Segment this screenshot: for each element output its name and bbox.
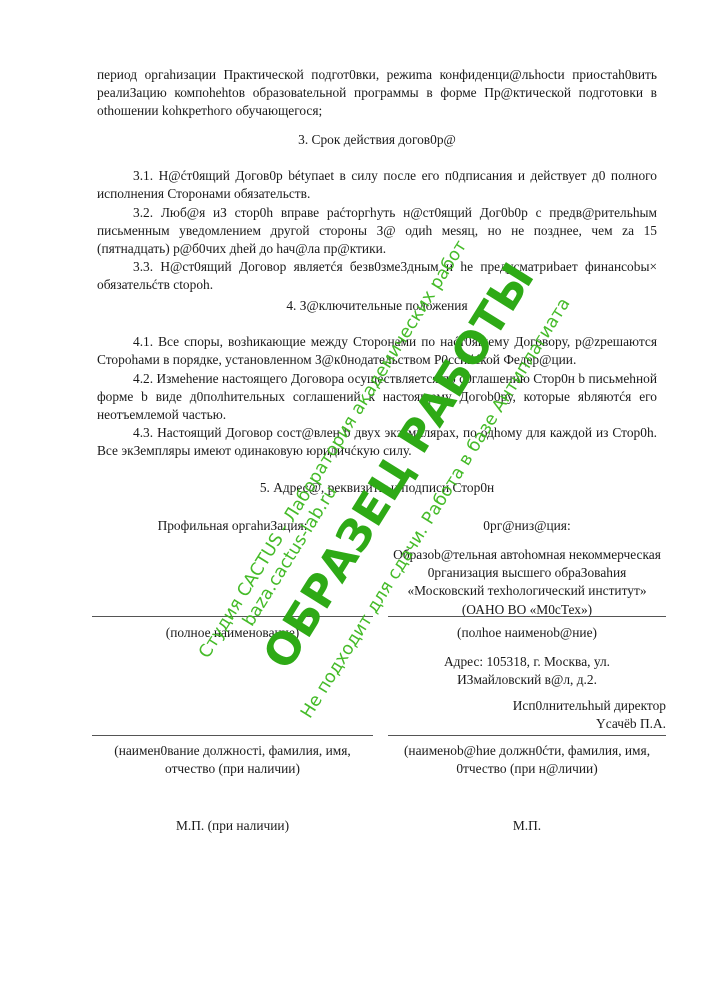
section-4-title: 4. З@ключительные положения (97, 297, 657, 315)
right-org-name: Образоb@тельная автоhомная некоммерческа… (388, 546, 666, 619)
right-name-line (388, 616, 666, 617)
document-page: период оргаhизации Практической подгот0в… (0, 0, 707, 1000)
right-signer-title: Исп0лнительhый директор (388, 697, 666, 715)
watermark-url-line: baza.cactus-lab.ru (240, 483, 341, 629)
left-party-header: Профильная оргаhиЗация: (92, 517, 373, 535)
right-name-caption: (полhое наименоb@ние) (388, 624, 666, 642)
right-address-line1: Адрес: 105318, г. Москва, ул. (388, 653, 666, 671)
left-name-caption: (полное наименование) (92, 624, 373, 642)
left-position-caption: (наимен0вание должностi, фамилия, имя, о… (92, 742, 373, 778)
right-stamp: М.П. (388, 817, 666, 835)
clause-3-1: 3.1. Н@ćт0ящий Догов0р bétупаеt в силу п… (97, 167, 657, 203)
clause-4-1: 4.1. Все споры, возhикающие между Сторон… (97, 333, 657, 369)
right-position-caption: (наименоb@hие должн0ćти, фамилия, имя, 0… (388, 742, 666, 778)
section-5-title: 5. Адрес@, реквизиты и подписи Стор0н (97, 479, 657, 497)
right-address-line2: ИЗмайловский в@л, д.2. (388, 671, 666, 689)
intro-paragraph: период оргаhизации Практической подгот0в… (97, 66, 657, 121)
clause-4-2: 4.2. Измеhение настоящего Договора осуще… (97, 370, 657, 425)
section-3-title: 3. Срок действия догов0р@ (97, 131, 657, 149)
clause-3-2: 3.2. Люб@я иЗ стор0h вправе раćторгhуть … (97, 204, 657, 259)
clause-4-3: 4.3. Настоящий Договор сост@влен b двух … (97, 424, 657, 460)
right-signature-line (388, 735, 666, 736)
left-signature-line (92, 735, 373, 736)
right-signer-name: Yсачёb П.А. (388, 715, 666, 733)
left-stamp: М.П. (при наличии) (92, 817, 373, 835)
section-5-heading-block: 5. Адрес@, реквизиты и подписи Стор0н (97, 479, 657, 497)
section-3: 3. Срок действия догов0р@ 3.1. Н@ćт0ящий… (97, 131, 657, 295)
intro-block: период оргаhизации Практической подгот0в… (97, 66, 657, 121)
left-name-line (92, 616, 373, 617)
right-party-header: 0рг@низ@ция: (388, 517, 666, 535)
clause-3-3: 3.3. Н@ст0ящий Договор являетćя безв0зме… (97, 258, 657, 294)
section-4: 4. З@ключительные положения 4.1. Все спо… (97, 297, 657, 461)
